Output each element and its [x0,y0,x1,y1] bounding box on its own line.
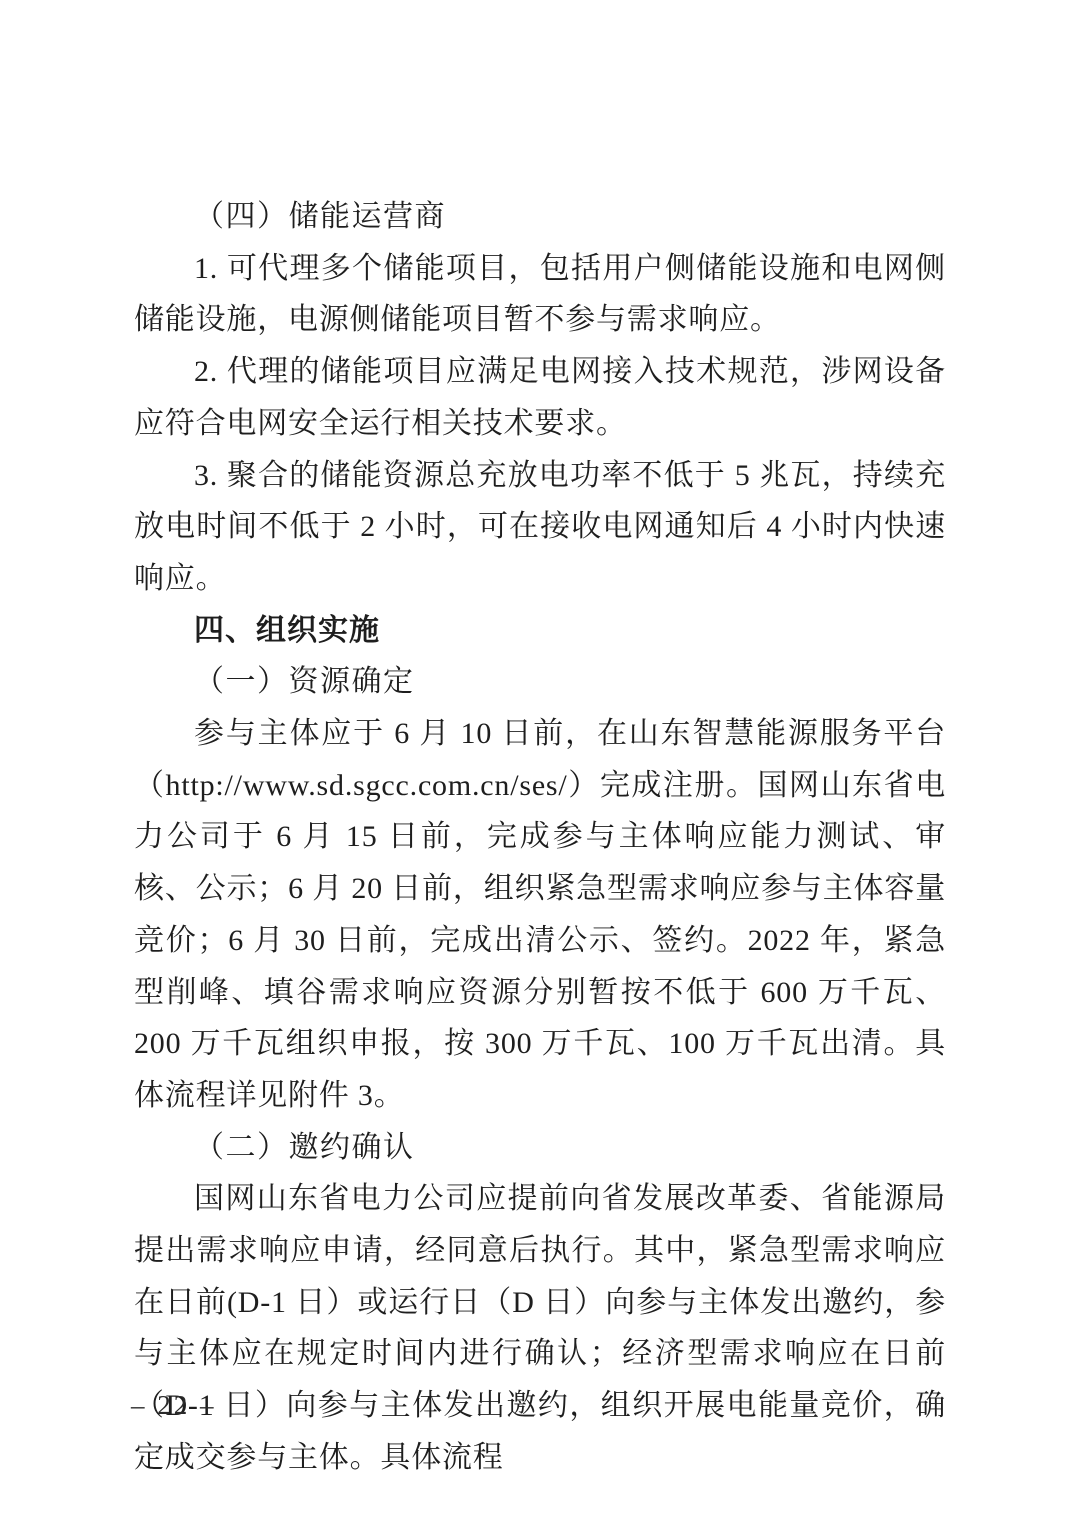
subsection-heading-storage-operator: （四）储能运营商 [134,191,946,243]
subsection-heading-resource-determination: （一）资源确定 [134,656,946,708]
document-page: （四）储能运营商 1. 可代理多个储能项目，包括用户侧储能设施和电网侧储能设施，… [0,0,1080,1527]
paragraph-resource-determination: 参与主体应于 6 月 10 日前，在山东智慧能源服务平台（http://www.… [134,708,946,1122]
document-body: （四）储能运营商 1. 可代理多个储能项目，包括用户侧储能设施和电网侧储能设施，… [134,191,946,1484]
subsection-heading-invitation-confirmation: （二）邀约确认 [134,1122,946,1174]
page-number: – 22 – [131,1390,217,1421]
paragraph-invitation-confirmation: 国网山东省电力公司应提前向省发展改革委、省能源局提出需求响应申请，经同意后执行。… [134,1173,946,1483]
paragraph-storage-item-2: 2. 代理的储能项目应满足电网接入技术规范，涉网设备应符合电网安全运行相关技术要… [134,346,946,449]
paragraph-storage-item-1: 1. 可代理多个储能项目，包括用户侧储能设施和电网侧储能设施，电源侧储能项目暂不… [134,243,946,346]
paragraph-storage-item-3: 3. 聚合的储能资源总充放电功率不低于 5 兆瓦，持续充放电时间不低于 2 小时… [134,450,946,605]
section-heading-organization: 四、组织实施 [134,605,946,657]
